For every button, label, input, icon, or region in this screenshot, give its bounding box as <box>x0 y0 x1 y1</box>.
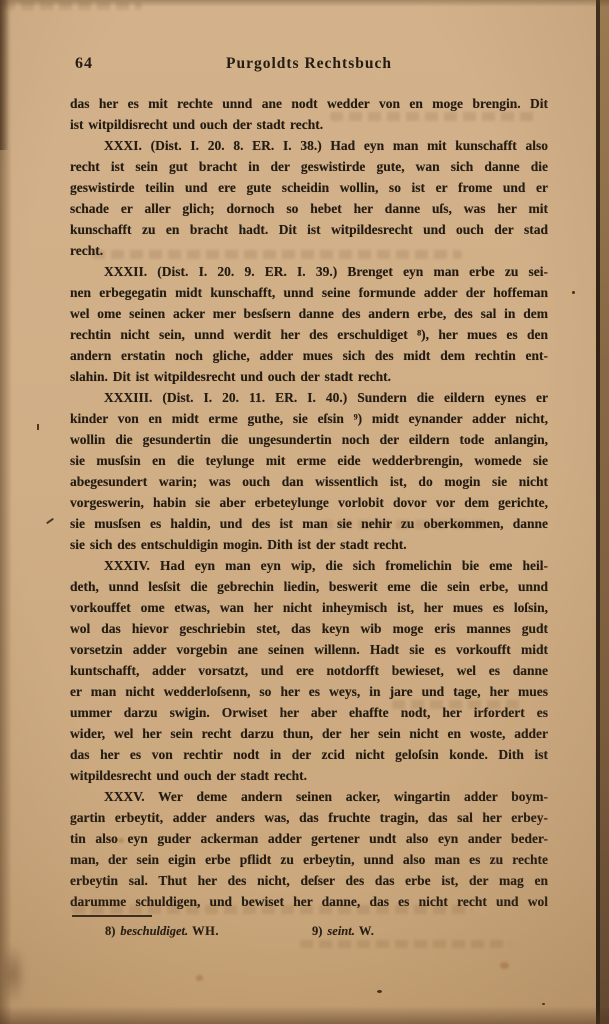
paper-speck <box>377 990 382 993</box>
corner-smudge <box>0 944 26 1004</box>
text-line: sie musſsin en die teylunge mit erme eid… <box>70 450 548 471</box>
text-line: recht ist sein gut bracht in der geswist… <box>70 156 548 177</box>
footnote-source: WH. <box>192 924 219 938</box>
text-line: gartin erbeytit, adder anders was, das f… <box>70 807 548 828</box>
page-content: 64 Purgoldts Rechtsbuch das her es mit r… <box>70 55 548 939</box>
text-line: wider, wel her sein recht darzu thun, de… <box>70 723 548 744</box>
footnote-source: W. <box>359 924 374 938</box>
body-text: das her es mit rechte unnd ane nodt wedd… <box>70 93 548 912</box>
text-line: erbeytin sal. Thut her des nicht, deſser… <box>70 870 548 891</box>
text-line: rechtin nicht sein, unnd werdit her des … <box>70 324 548 345</box>
text-line: sie musſsen es haldin, und des ist man s… <box>70 513 548 534</box>
text-line: wel ome seinen acker mer besſsern danne … <box>70 303 548 324</box>
text-line: wollin die gesundertin die ungesundertin… <box>70 429 548 450</box>
paper-stain <box>500 962 509 969</box>
header-title: Purgoldts Rechtsbuch <box>70 55 548 73</box>
text-line: slahin. Dit ist witpildesrecht und ouch … <box>70 366 548 387</box>
footnote-marker: 8) <box>105 924 115 938</box>
text-line: kunschafft zu en bracht hadt. Dit ist wi… <box>70 219 548 240</box>
page-bottom-shadow <box>0 1006 609 1024</box>
margin-mark <box>37 424 39 430</box>
footnote: 8)beschuldiget.WH. <box>105 924 219 939</box>
page-left-shadow <box>0 0 12 1024</box>
margin-mark <box>46 518 54 524</box>
footnotes: 8)beschuldiget.WH. 9)seint.W. <box>70 924 548 939</box>
paper-stain <box>196 975 203 981</box>
text-line: das her es von rechtir nodt in der zcid … <box>70 744 548 765</box>
footnote: 9)seint.W. <box>312 924 374 939</box>
text-line: deth, unnd lesſsit die gebrechin liedin,… <box>70 576 548 597</box>
footnote-rule <box>72 915 152 917</box>
text-line: XXXV. Wer deme andern seinen acker, wing… <box>70 786 548 807</box>
book-page-scan: 64 Purgoldts Rechtsbuch das her es mit r… <box>0 0 609 1024</box>
text-line: vorgeswerin, habin sie aber erbeteylunge… <box>70 492 548 513</box>
text-line: vorkouffet ome etwas, wan her nicht inhe… <box>70 597 548 618</box>
paper-speck <box>542 1003 545 1005</box>
text-line: schade er aller glich; dornoch so hebet … <box>70 198 548 219</box>
text-line: tin also eyn guder ackerman adder gerten… <box>70 828 548 849</box>
text-line: vorsetzin adder vorgebin ane seinen will… <box>70 639 548 660</box>
text-line: nen erbegegatin midt kunschafft, unnd se… <box>70 282 548 303</box>
text-line: darumme schuldigen, und bewiset her dann… <box>70 891 548 912</box>
paper-speck <box>572 291 575 294</box>
text-line: ist witpildisrecht und ouch der stadt re… <box>70 114 548 135</box>
text-line: geswistirde teilin und ere gute scheidin… <box>70 177 548 198</box>
text-line: kuntschafft, adder vorsatzt, und ere not… <box>70 660 548 681</box>
text-line: ummer darzu swigin. Orwiset her aber eha… <box>70 702 548 723</box>
text-line: abegesundert warin; was ouch dan wissent… <box>70 471 548 492</box>
text-line: kinder von en midt erme guthe, sie eſsin… <box>70 408 548 429</box>
text-line: recht. <box>70 240 548 261</box>
footnote-term: beschuldiget. <box>120 924 188 938</box>
page-top-shadow <box>0 0 609 7</box>
text-line: XXXIII. (Dist. I. 20. 11. ER. I. 40.) Su… <box>70 387 548 408</box>
book-edge-strip <box>600 0 609 1024</box>
text-line: andern erstatin noch gliche, adder mues … <box>70 345 548 366</box>
text-line: das her es mit rechte unnd ane nodt wedd… <box>70 93 548 114</box>
text-line: XXXI. (Dist. I. 20. 8. ER. I. 38.) Had e… <box>70 135 548 156</box>
text-line: sie sich des entschuldigin mogin. Dith i… <box>70 534 548 555</box>
page-left-top-shadow <box>0 0 9 150</box>
text-line: man, der sein eigin erbe pflidt zu erbey… <box>70 849 548 870</box>
running-header: 64 Purgoldts Rechtsbuch <box>70 55 548 93</box>
bleedthrough-streak <box>300 940 510 948</box>
footnote-term: seint. <box>327 924 354 938</box>
text-line: witpildesrecht und ouch der stadt recht. <box>70 765 548 786</box>
text-line: wol das hievor geschriebin stet, das key… <box>70 618 548 639</box>
footnote-marker: 9) <box>312 924 322 938</box>
text-line: er man nicht wedderloſsenn, so her es we… <box>70 681 548 702</box>
text-line: XXXIV. Had eyn man eyn wip, die sich fro… <box>70 555 548 576</box>
text-line: XXXII. (Dist. I. 20. 9. ER. I. 39.) Bren… <box>70 261 548 282</box>
